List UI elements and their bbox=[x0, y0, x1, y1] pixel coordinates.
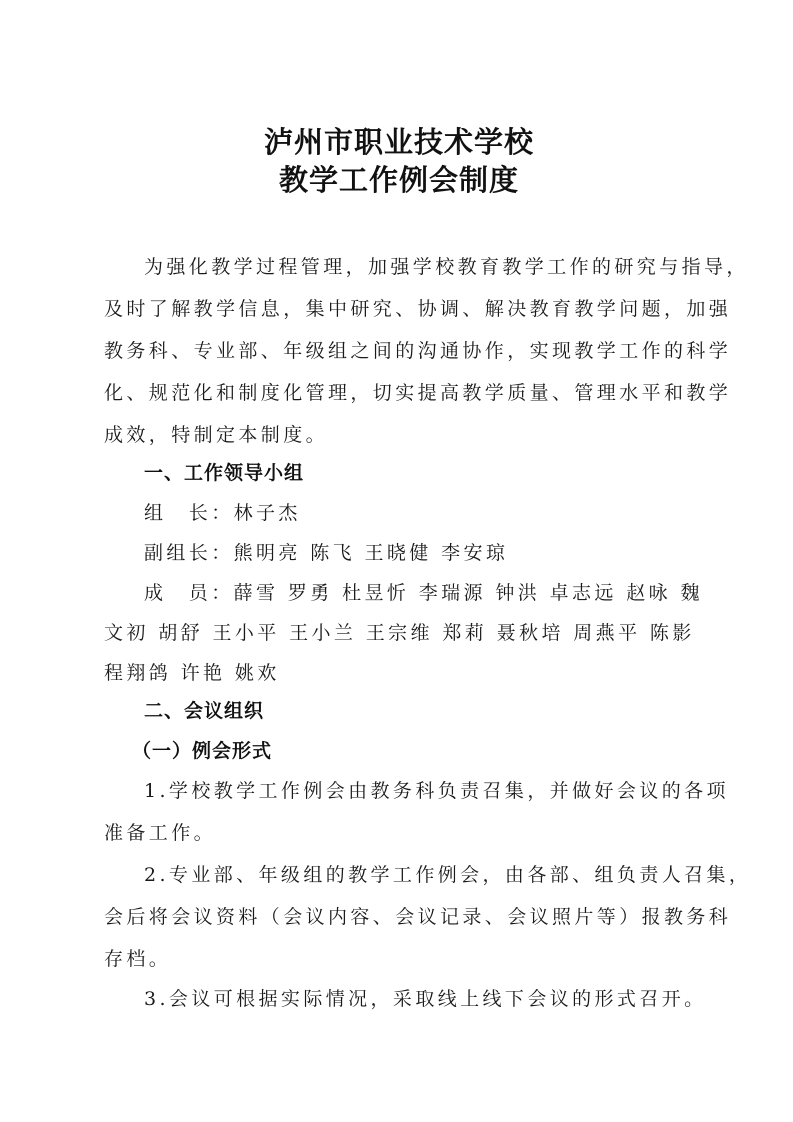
intro-line: 成效，特制定本制度。 bbox=[104, 422, 694, 448]
members-line: 成 员：薛雪 罗勇 杜昱忻 李瑞源 钟洪 卓志远 赵咏 魏 bbox=[104, 580, 734, 606]
item2-line: 2.专业部、年级组的教学工作例会，由各部、组负责人召集， bbox=[104, 862, 734, 888]
intro-line: 教务科、专业部、年级组之间的沟通协作，实现教学工作的科学 bbox=[104, 338, 694, 364]
intro-line: 为强化教学过程管理，加强学校教育教学工作的研究与指导， bbox=[104, 254, 734, 280]
item1-line: 准备工作。 bbox=[104, 820, 694, 846]
intro-line: 化、规范化和制度化管理，切实提高教学质量、管理水平和教学 bbox=[104, 380, 694, 406]
item2-line: 存档。 bbox=[104, 946, 694, 972]
section2-heading: 二、会议组织 bbox=[104, 698, 734, 724]
item1-line: 1.学校教学工作例会由教务科负责召集，并做好会议的各项 bbox=[104, 778, 734, 804]
item2-line: 会后将会议资料（会议内容、会议记录、会议照片等）报教务科 bbox=[104, 904, 694, 930]
document-title-line2: 教学工作例会制度 bbox=[104, 162, 694, 198]
item3-line: 3.会议可根据实际情况，采取线上线下会议的形式召开。 bbox=[104, 986, 734, 1012]
members-line: 文初 胡舒 王小平 王小兰 王宗维 郑莉 聂秋培 周燕平 陈影 bbox=[104, 620, 694, 646]
leader-line: 组 长：林子杰 bbox=[104, 500, 734, 526]
section1-heading: 一、工作领导小组 bbox=[104, 460, 734, 486]
members-line: 程翔鸽 许艳 姚欢 bbox=[104, 660, 694, 686]
section2-subheading: （一）例会形式 bbox=[104, 738, 722, 764]
document-title-line1: 泸州市职业技术学校 bbox=[104, 124, 694, 160]
intro-line: 及时了解教学信息，集中研究、协调、解决教育教学问题，加强 bbox=[104, 296, 694, 322]
deputy-line: 副组长：熊明亮 陈飞 王晓健 李安琼 bbox=[104, 540, 734, 566]
